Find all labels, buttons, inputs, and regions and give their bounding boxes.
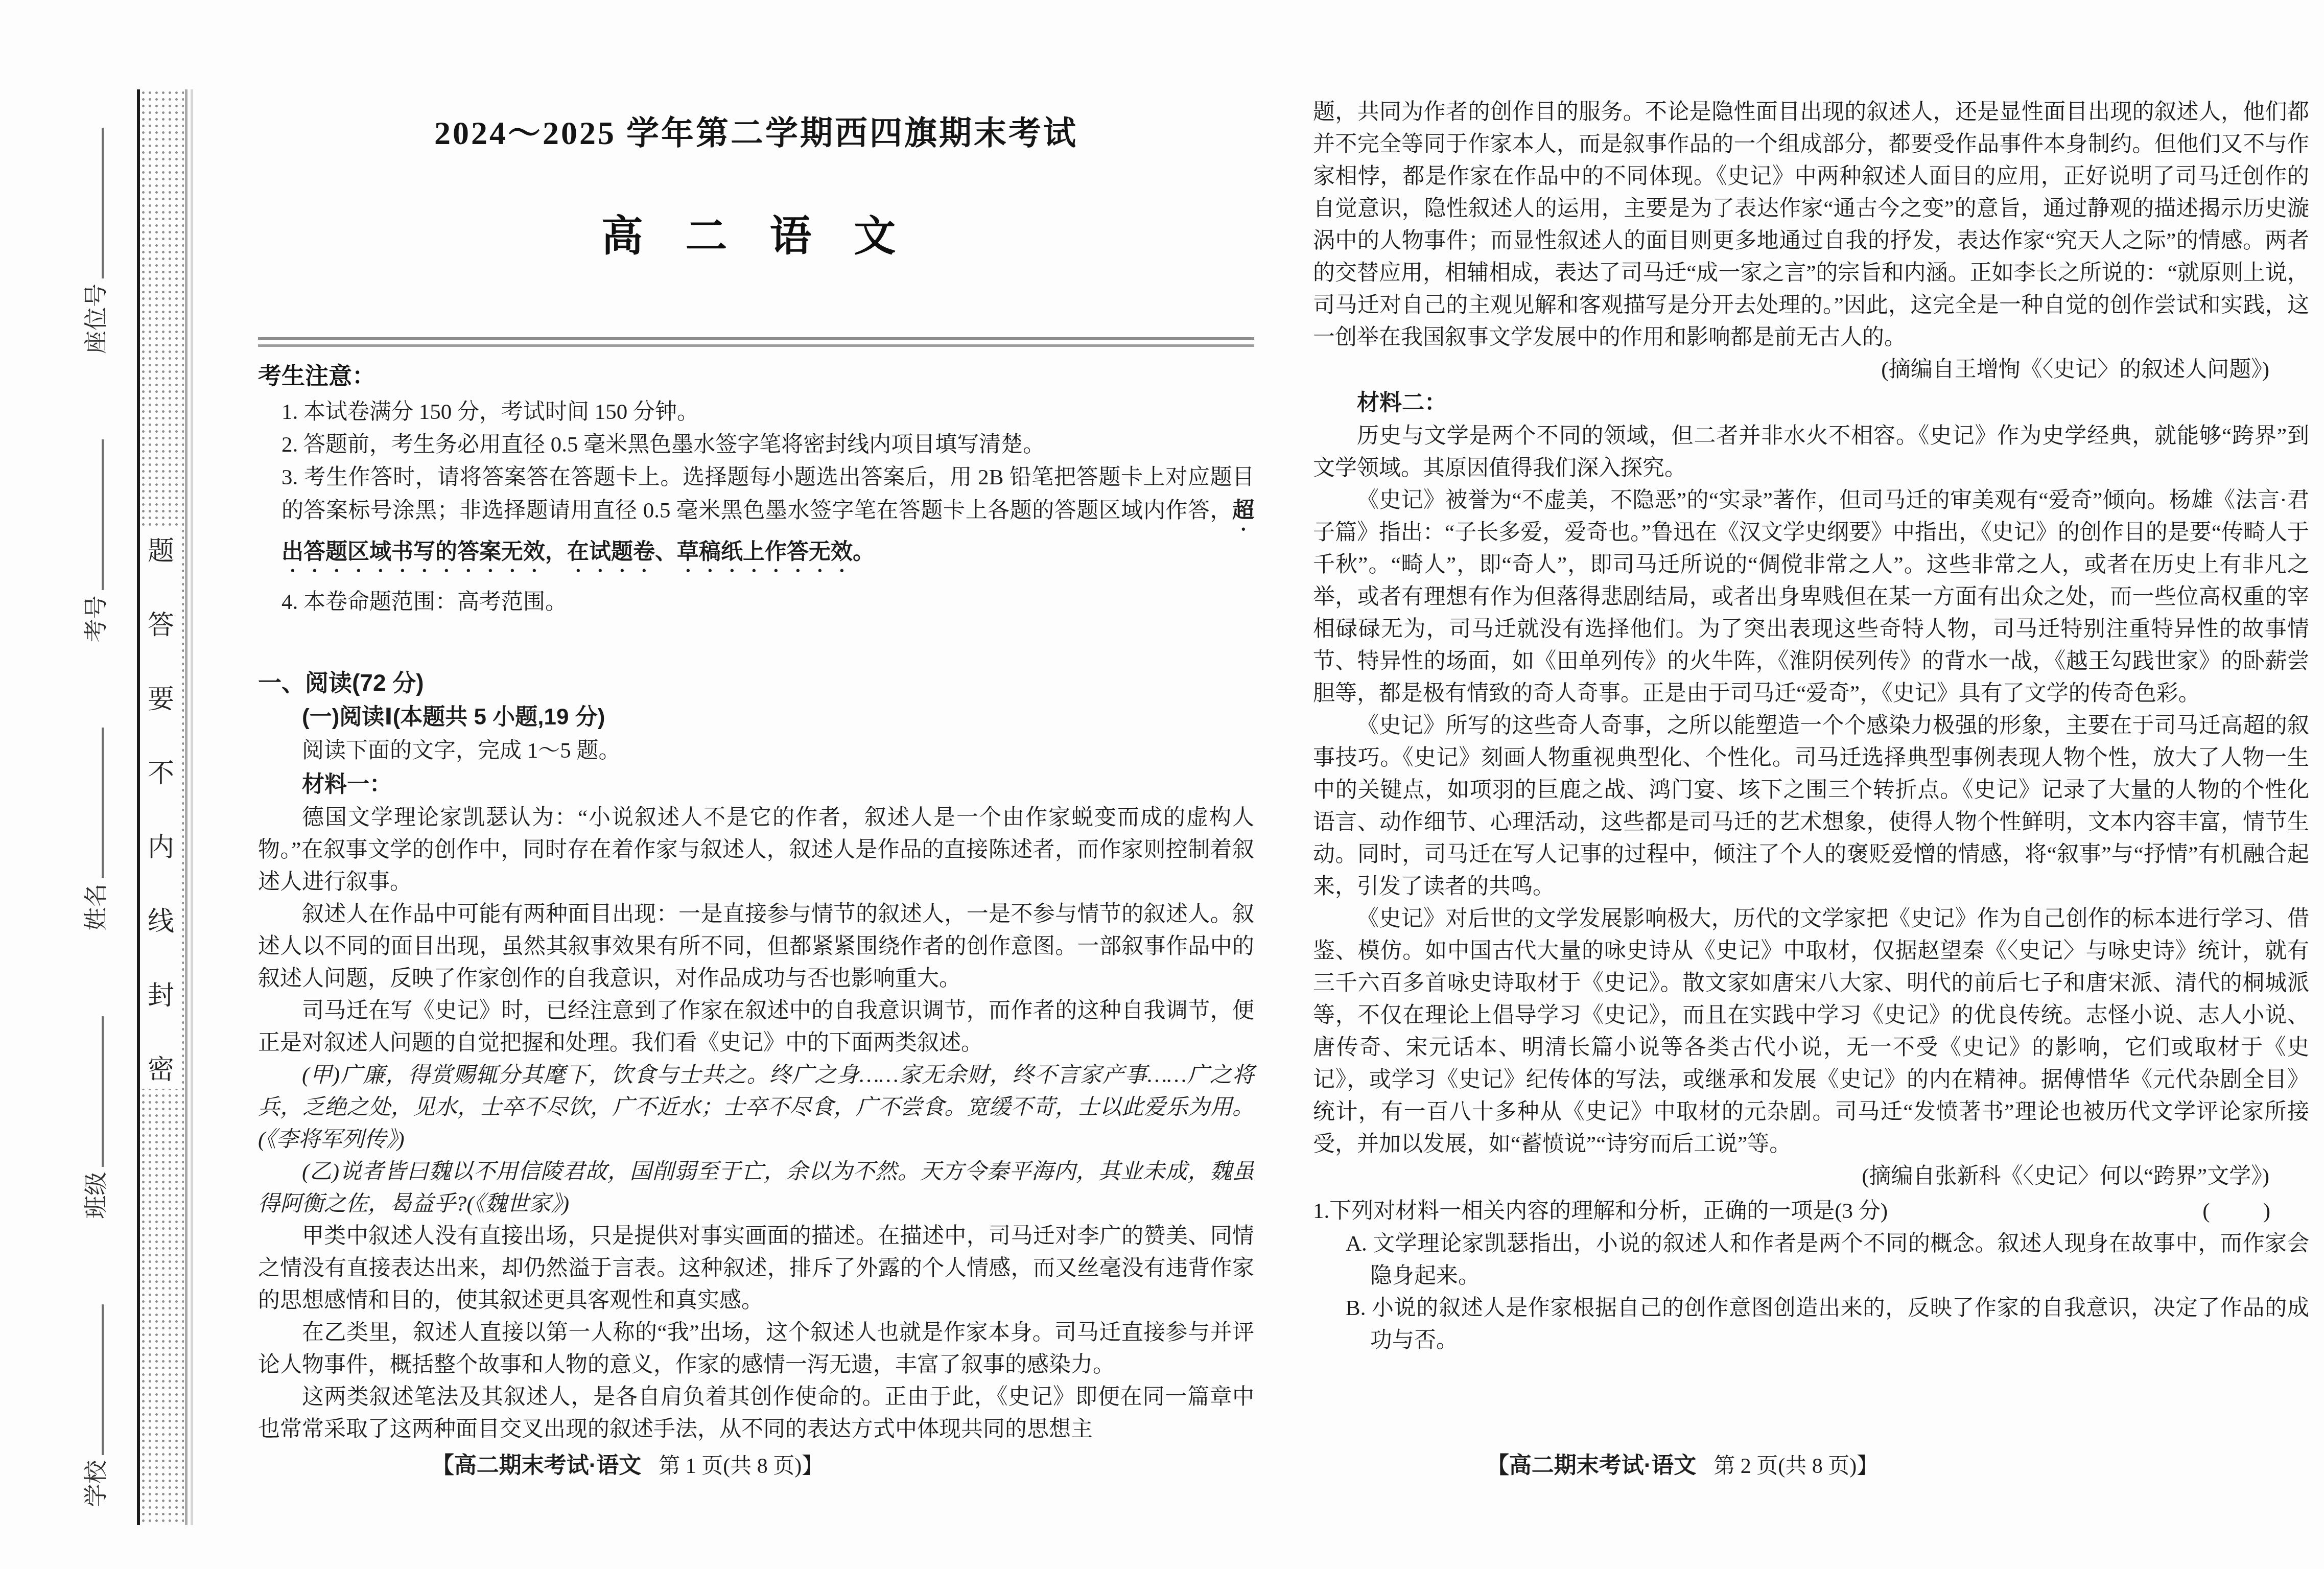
notice-list: 1. 本试卷满分 150 分，考试时间 150 分钟。 2. 答题前，考生务必用… — [281, 396, 1254, 619]
material2-paragraph: 《史记》对后世的文学发展影响极大，历代的文学家把《史记》作为自己创作的标本进行学… — [1313, 903, 2309, 1160]
question-1: 1.下列对材料一相关内容的理解和分析，正确的一项是(3 分) ( ) — [1313, 1195, 2309, 1228]
field-school-blank — [98, 1304, 104, 1455]
seal-char: 密 — [148, 1048, 174, 1086]
material1-paragraph: 甲类中叙述人没有直接出场，只是提供对事实画面的描述。在描述中，司马迁对李广的赞美… — [258, 1220, 1254, 1317]
field-seat-number: 座位号 — [77, 128, 111, 354]
field-exam-number-label: 考号 — [77, 595, 111, 642]
notice-item-2: 2. 答题前，考生务必用直径 0.5 毫米黑色墨水签字笔将密封线内项目填写清楚。 — [281, 429, 1254, 461]
page2-footer: 【高二期末考试·语文第 2 页(共 8 页)】 — [1184, 1447, 2180, 1480]
material1-paragraph: 叙述人在作品中可能有两种面目出现：一是直接参与情节的叙述人，一是不参与情节的叙述… — [258, 898, 1254, 995]
seal-char: 题 — [148, 529, 174, 568]
exam-session-title: 2024～2025 学年第二学期西四旗期末考试 — [258, 107, 1254, 154]
page-2: 题，共同为作者的创作目的服务。不论是隐性面目出现的叙述人，还是显性面目出现的叙述… — [1313, 96, 2309, 1356]
material1-quote-yi: (乙)说者皆曰魏以不用信陵君故，国削弱至于亡，余以为不然。天方令秦平海内，其业未… — [258, 1156, 1254, 1220]
field-seat-number-label: 座位号 — [77, 284, 111, 354]
notice-item-1-text: 1. 本试卷满分 150 分，考试时间 150 分钟。 — [281, 400, 699, 424]
option-b: B. 小说的叙述人是作家根据自己的创作意图创造出来的，反映了作家的自我意识，决定… — [1313, 1292, 2309, 1356]
field-school-label: 学校 — [77, 1460, 111, 1507]
footer-exam-name: 【高二期末考试·语文 — [432, 1453, 642, 1478]
seal-char: 内 — [148, 826, 174, 864]
material2-attribution: (摘编自张新科《〈史记〉何以“跨界”文学》) — [1313, 1160, 2309, 1193]
material1-paragraph: 在乙类里，叙述人直接以第一人称的“我”出场，这个叙述人也就是作家本身。司马迁直接… — [258, 1317, 1254, 1381]
field-name-label: 姓名 — [77, 884, 111, 931]
page-1: 2024～2025 学年第二学期西四旗期末考试 高 二 语 文 考生注意： 1.… — [258, 100, 1254, 1445]
material1-paragraph: 司马迁在写《史记》时，已经注意到了作家在叙述中的自我意识调节，而作者的这种自我调… — [258, 995, 1254, 1059]
field-name: 姓名 — [77, 728, 111, 931]
material2-paragraph: 《史记》所写的这些奇人奇事，之所以能塑造一个个感染力极强的形象，主要在于司马迁高… — [1313, 710, 2309, 903]
material1-paragraph: 这两类叙述笔法及其叙述人，是各自肩负着其创作使命的。正由于此，《史记》即便在同一… — [258, 1381, 1254, 1445]
notice-item-1: 1. 本试卷满分 150 分，考试时间 150 分钟。 — [281, 396, 1254, 429]
material1-label: 材料一： — [258, 768, 1254, 802]
question-1-stem: 1.下列对材料一相关内容的理解和分析，正确的一项是(3 分) — [1313, 1195, 1888, 1228]
footer-page-number: 第 2 页(共 8 页)】 — [1713, 1455, 1878, 1478]
field-exam-number-blank — [98, 439, 104, 590]
material2-label: 材料二： — [1313, 386, 2309, 420]
notice-item-2-text: 2. 答题前，考生务必用直径 0.5 毫米黑色墨水签字笔将密封线内项目填写清楚。 — [281, 433, 1045, 457]
notice-heading: 考生注意： — [258, 357, 1254, 391]
section-reading-heading: 一、阅读(72 分) — [258, 666, 1254, 699]
field-class-label: 班级 — [77, 1172, 111, 1219]
field-class: 班级 — [77, 1016, 111, 1219]
exam-paper-scan: 题 答 要 不 内 线 封 密 学校 班级 姓名 考号 座位号 2024～202… — [0, 0, 2324, 1569]
notice-item-3-text: 3. 考生作答时，请将答案答在答题卡上。选择题每小题选出答案后，用 2B 铅笔把… — [281, 465, 1254, 523]
subject-title: 高 二 语 文 — [258, 203, 1254, 263]
title-divider — [258, 337, 1254, 347]
seal-line-text: 题 答 要 不 内 线 封 密 — [141, 526, 181, 1089]
field-exam-number: 考号 — [77, 439, 111, 642]
footer-exam-name: 【高二期末考试·语文 — [1487, 1453, 1697, 1478]
seal-char: 不 — [148, 752, 174, 790]
seal-char: 封 — [148, 974, 174, 1012]
page1-footer: 【高二期末考试·语文第 1 页(共 8 页)】 — [129, 1447, 1125, 1480]
notice-item-4: 4. 本卷命题范围：高考范围。 — [281, 586, 1254, 619]
field-school: 学校 — [77, 1304, 111, 1507]
seal-char: 线 — [148, 900, 174, 938]
seal-char: 要 — [148, 677, 174, 716]
material2-paragraph: 《史记》被誉为“不虚美，不隐恶”的“实录”著作，但司马迁的审美观有“爱奇”倾向。… — [1313, 484, 2309, 710]
student-info-strip: 学校 班级 姓名 考号 座位号 — [60, 128, 128, 1507]
subsection-reading1-heading: (一)阅读Ⅰ(本题共 5 小题,19 分) — [258, 700, 1254, 734]
field-name-blank — [98, 728, 104, 879]
material1-attribution: (摘编自王增恂《〈史记〉的叙述人问题》) — [1313, 354, 2309, 386]
answer-bracket: ( ) — [2202, 1195, 2273, 1228]
material1-continued-paragraph: 题，共同为作者的创作目的服务。不论是隐性面目出现的叙述人，还是显性面目出现的叙述… — [1313, 96, 2309, 354]
footer-page-number: 第 1 页(共 8 页)】 — [659, 1455, 823, 1478]
seal-char: 答 — [148, 603, 174, 642]
seal-line-gray-rule — [185, 89, 187, 1525]
notice-item-3: 3. 考生作答时，请将答案答在答题卡上。选择题每小题选出答案后，用 2B 铅笔把… — [281, 461, 1254, 577]
notice-item-4-text: 4. 本卷命题范围：高考范围。 — [281, 590, 567, 614]
material1-quote-jia: (甲)广廉，得赏赐辄分其麾下，饮食与士共之。终广之身……家无余财，终不言家产事…… — [258, 1059, 1254, 1156]
reading-instruction: 阅读下面的文字，完成 1～5 题。 — [258, 734, 1254, 768]
material1-paragraph: 德国文学理论家凯瑟认为：“小说叙述人不是它的作者，叙述人是一个由作家蜕变而成的虚… — [258, 802, 1254, 898]
field-class-blank — [98, 1016, 104, 1167]
material2-paragraph: 历史与文学是两个不同的领域，但二者并非水火不相容。《史记》作为史学经典，就能够“… — [1313, 420, 2309, 484]
option-a: A. 文学理论家凯瑟指出，小说的叙述人和作者是两个不同的概念。叙述人现身在故事中… — [1313, 1228, 2309, 1292]
field-seat-number-blank — [98, 128, 104, 278]
